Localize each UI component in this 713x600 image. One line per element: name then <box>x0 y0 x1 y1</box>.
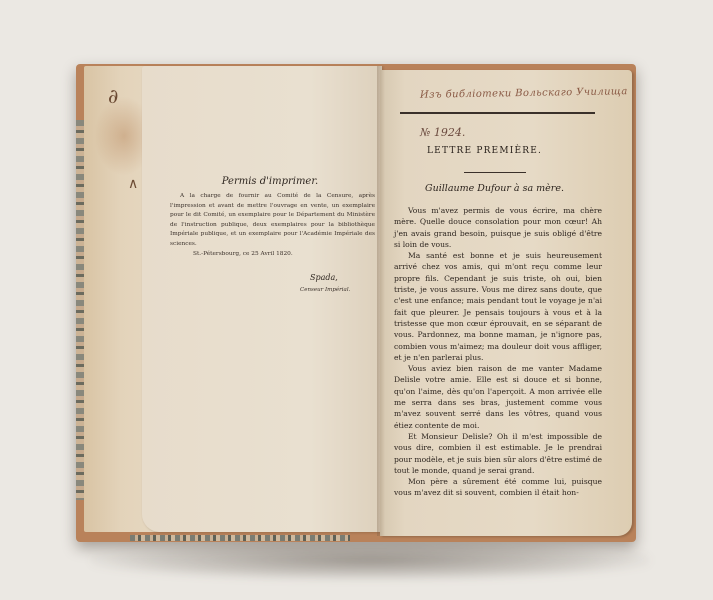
paragraph: Vous aviez bien raison de me vanter Mada… <box>394 363 602 431</box>
paragraph: Et Monsieur Delisle? Oh il m'est impossi… <box>394 431 602 476</box>
handwritten-number: № 1924. <box>420 126 465 139</box>
flyleaf-mark-icon: ∧ <box>128 176 138 192</box>
letter-salutation: Guillaume Dufour à sa mère. <box>425 183 564 194</box>
marbled-cover-edge <box>76 120 84 500</box>
permit-signature-role: Censeur Impérial. <box>300 287 350 293</box>
flyleaf-scrawl-icon: ∂ <box>108 84 118 108</box>
book-shadow <box>90 540 650 580</box>
left-page <box>142 66 382 532</box>
paragraph: Mon père a sûrement été comme lui, puisq… <box>394 476 602 499</box>
chapter-heading: LETTRE PREMIÈRE. <box>427 146 542 156</box>
permit-text: A la charge de fournir au Comité de la C… <box>170 192 375 249</box>
book-gutter <box>377 66 385 536</box>
paragraph: Vous m'avez permis de vous écrire, ma ch… <box>394 205 602 250</box>
marbled-cover-bottom <box>130 535 350 541</box>
permit-body: A la charge de fournir au Comité de la C… <box>170 192 375 249</box>
letter-body: Vous m'avez permis de vous écrire, ma ch… <box>394 205 602 499</box>
top-rule <box>400 112 595 114</box>
heading-rule <box>464 172 526 173</box>
paragraph: Ma santé est bonne et je suis heureuseme… <box>394 250 602 363</box>
permit-title: Permis d'imprimer. <box>160 176 380 187</box>
permit-place-date: St.-Pétersbourg, ce 25 Avril 1820. <box>193 251 293 257</box>
permit-signature: Spada, <box>310 273 338 282</box>
